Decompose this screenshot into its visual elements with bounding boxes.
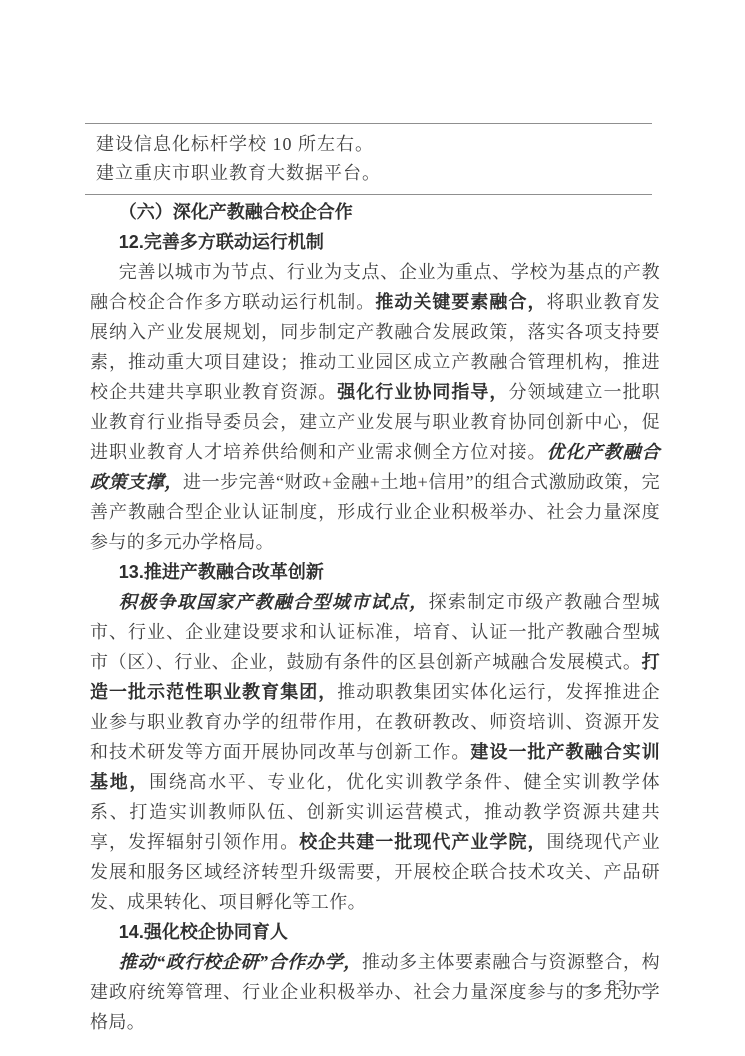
- table-fragment: 建设信息化标杆学校 10 所左右。建立重庆市职业教育大数据平台。: [85, 123, 652, 195]
- section-heading-level-2: 12.完善多方联动运行机制: [90, 227, 660, 257]
- paragraph: 完善以城市为节点、行业为支点、企业为重点、学校为基点的产教融合校企合作多方联动运…: [90, 257, 660, 557]
- table-row: 建立重庆市职业教育大数据平台。: [96, 159, 646, 188]
- emphasis-run: 强化行业协同指导，: [337, 382, 508, 402]
- section-heading-level-1: （六）深化产教融合校企合作: [90, 197, 660, 227]
- section-heading-level-2: 13.推进产教融合改革创新: [90, 557, 660, 587]
- emphasis-run: 校企共建一批现代产业学院，: [299, 832, 546, 852]
- paragraph: 积极争取国家产教融合型城市试点，探索制定市级产教融合型城市、行业、企业建设要求和…: [90, 587, 660, 917]
- table-fragment-body: 建设信息化标杆学校 10 所左右。建立重庆市职业教育大数据平台。: [96, 130, 646, 188]
- emphasis-run: 积极争取国家产教融合型城市试点，: [119, 592, 429, 612]
- section-heading-level-2: 14.强化校企协同育人: [90, 917, 660, 947]
- emphasis-run: 推动“政行校企研”合作办学，: [119, 952, 362, 972]
- content-flow: （六）深化产教融合校企合作12.完善多方联动运行机制完善以城市为节点、行业为支点…: [90, 197, 660, 1037]
- table-row: 建设信息化标杆学校 10 所左右。: [96, 130, 646, 159]
- paragraph: 推动“政行校企研”合作办学，推动多主体要素融合与资源整合，构建政府统筹管理、行业…: [90, 947, 660, 1037]
- emphasis-run: 推动关键要素融合，: [375, 292, 546, 312]
- document-page: 建设信息化标杆学校 10 所左右。建立重庆市职业教育大数据平台。 （六）深化产教…: [0, 0, 745, 1056]
- page-number: — 83 —: [583, 976, 655, 996]
